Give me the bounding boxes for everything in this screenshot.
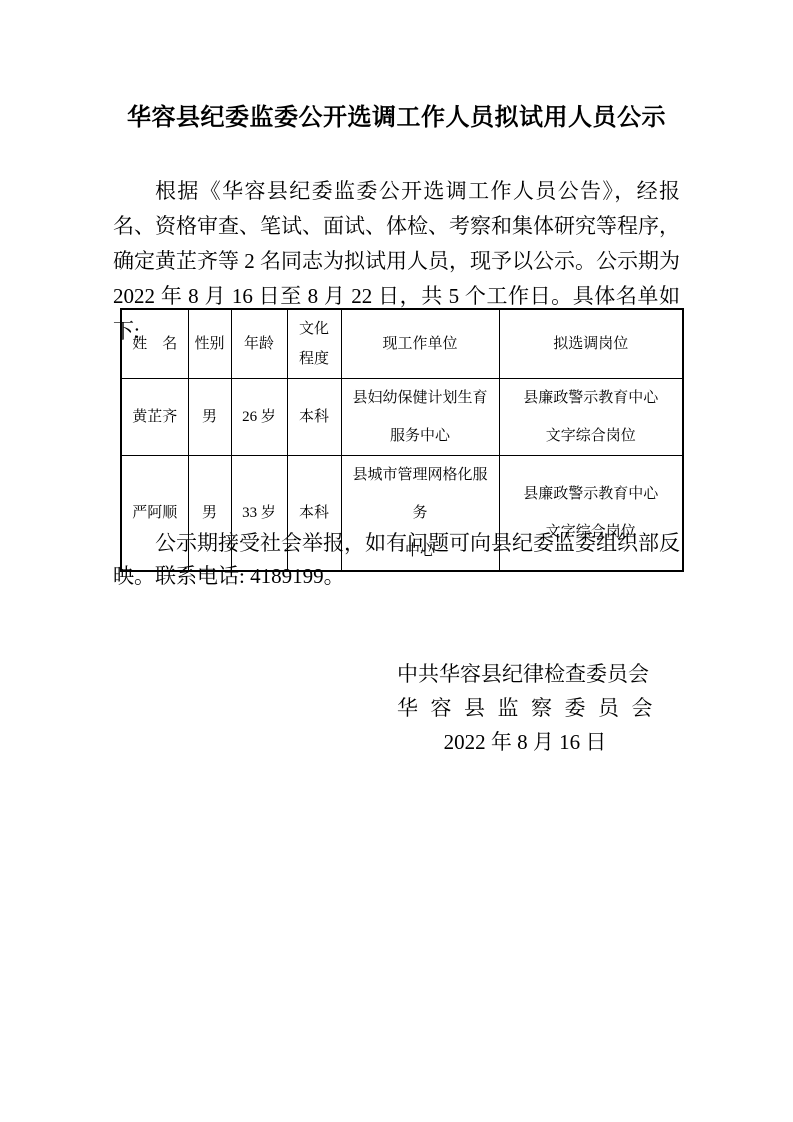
- col-header-age: 年龄: [231, 309, 287, 378]
- cell-current-unit: 县妇幼保健计划生育 服务中心: [341, 378, 499, 455]
- table-header-row: 姓 名 性别 年龄 文化 程度 现工作单位 拟选调岗位: [121, 309, 683, 378]
- col-header-current-unit: 现工作单位: [341, 309, 499, 378]
- cell-name: 黄芷齐: [121, 378, 188, 455]
- cell-education: 本科: [287, 378, 341, 455]
- table-row: 黄芷齐 男 26 岁 本科 县妇幼保健计划生育 服务中心 县廉政警示教育中心 文…: [121, 378, 683, 455]
- signature-date: 2022 年 8 月 16 日: [397, 725, 653, 759]
- document-page: 华容县纪委监委公开选调工作人员拟试用人员公示 根据《华容县纪委监委公开选调工作人…: [0, 0, 793, 1122]
- col-header-gender: 性别: [188, 309, 231, 378]
- cell-gender: 男: [188, 378, 231, 455]
- signature-org-1: 中共华容县纪律检查委员会: [397, 657, 653, 691]
- col-header-target-position: 拟选调岗位: [499, 309, 683, 378]
- signature-org-2: 华容县监察委员会: [397, 691, 666, 725]
- signature-block: 中共华容县纪律检查委员会 华容县监察委员会 2022 年 8 月 16 日: [397, 657, 653, 759]
- cell-target-position: 县廉政警示教育中心 文字综合岗位: [499, 378, 683, 455]
- cell-age: 26 岁: [231, 378, 287, 455]
- closing-paragraph: 公示期接受社会举报，如有问题可向县纪委监委组织部反映。联系电话: 4189199…: [113, 527, 680, 593]
- document-title: 华容县纪委监委公开选调工作人员拟试用人员公示: [0, 100, 793, 136]
- col-header-name: 姓 名: [121, 309, 188, 378]
- col-header-education: 文化 程度: [287, 309, 341, 378]
